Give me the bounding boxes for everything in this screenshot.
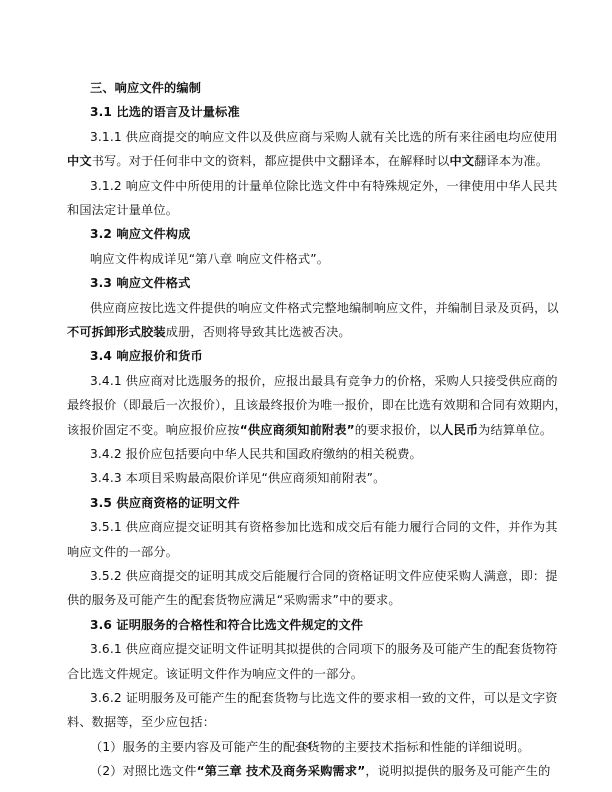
paragraph-3-3-line1: 供应商应按比选文件提供的响应文件格式完整地编制响应文件，并编制目录及页码，以: [90, 300, 545, 316]
bold-text: 不可拆卸形式胶装: [67, 325, 166, 339]
text: 该报价固定不变。响应报价应按: [67, 423, 240, 437]
subsection-title-3-6: 3.6 证明服务的合格性和符合比选文件规定的文件: [90, 617, 545, 633]
paragraph-3-4-1-line1: 3.4.1 供应商对比选服务的报价，应报出最具有竞争力的价格，采购人只接受供应商…: [90, 373, 545, 389]
paragraph-3-6-2-line2: 料、数据等，至少应包括：: [67, 714, 545, 730]
text: 的要求报价，以: [355, 423, 441, 437]
paragraph-3-5-2-line1: 3.5.2 供应商提交的证明其成交后能履行合同的资格证明文件应使采购人满意，即：…: [90, 568, 545, 584]
paragraph-3-5-1-line1: 3.5.1 供应商应提交证明其有资格参加比选和成交后有能力履行合同的文件，并作为…: [90, 519, 545, 535]
bold-text: 中文: [67, 154, 92, 168]
text: 成册，否则将导致其比选被否决。: [166, 325, 351, 339]
section-heading: 三、响应文件的编制: [90, 80, 545, 96]
paragraph-3-6-1-line1: 3.6.1 供应商应提交证明文件证明其拟提供的合同项下的服务及可能产生的配套货物…: [90, 641, 545, 657]
subsection-title-3-5: 3.5 供应商资格的证明文件: [90, 495, 545, 511]
paragraph-3-3-line2: 不可拆卸形式胶装成册，否则将导致其比选被否决。: [67, 324, 545, 340]
paragraph-3-1-2-line1: 3.1.2 响应文件中所使用的计量单位除比选文件中有特殊规定外，一律使用中华人民…: [90, 178, 545, 194]
page-number: - 14 -: [0, 741, 612, 752]
paragraph-3-1-2-line2: 和国法定计量单位。: [67, 202, 545, 218]
paragraph-3-6-1-line2: 合比选文件规定。该证明文件作为响应文件的一部分。: [67, 666, 545, 682]
subsection-title-3-1: 3.1 比选的语言及计量标准: [90, 104, 545, 120]
paragraph-3-6-2-line1: 3.6.2 证明服务及可能产生的配套货物与比选文件的要求相一致的文件，可以是文字…: [90, 690, 545, 706]
text: （2）对照比选文件: [90, 764, 197, 778]
paragraph-3-4-1-line3: 该报价固定不变。响应报价应按“供应商须知前附表”的要求报价，以人民币为结算单位。: [67, 422, 545, 438]
paragraph-3-4-3: 3.4.3 本项目采购最高限价详见“供应商须知前附表”。: [90, 470, 545, 486]
subsection-title-3-3: 3.3 响应文件格式: [90, 275, 545, 291]
text: 为结算单位。: [478, 423, 552, 437]
paragraph-3-5-2-line2: 供的服务及可能产生的配套货物应满足“采购需求”中的要求。: [67, 592, 545, 608]
bold-text: 中文: [449, 154, 474, 168]
text: 翻译本为准。: [474, 154, 548, 168]
bold-text: “第三章 技术及商务采购需求”: [197, 764, 366, 778]
bold-text: “供应商须知前附表”: [240, 423, 355, 437]
subsection-title-3-2: 3.2 响应文件构成: [90, 226, 545, 242]
paragraph-3-5-1-line2: 响应文件的一部分。: [67, 544, 545, 560]
paragraph-3-2: 响应文件构成详见“第八章 响应文件格式”。: [90, 251, 545, 267]
text: ，说明拟提供的服务及可能产生的: [365, 764, 550, 778]
text: 书写。对于任何非中文的资料，都应提供中文翻译本，在解释时以: [92, 154, 450, 168]
paragraph-3-1-1-line1: 3.1.1 供应商提交的响应文件以及供应商与采购人就有关比选的所有来往函电均应使…: [90, 129, 545, 145]
paragraph-3-4-2: 3.4.2 报价应包括要向中华人民共和国政府缴纳的相关税费。: [90, 446, 545, 462]
list-item-2: （2）对照比选文件“第三章 技术及商务采购需求”，说明拟提供的服务及可能产生的: [90, 763, 545, 779]
subsection-title-3-4: 3.4 响应报价和货币: [90, 348, 545, 364]
document-page: 三、响应文件的编制 3.1 比选的语言及计量标准 3.1.1 供应商提交的响应文…: [0, 0, 612, 792]
paragraph-3-4-1-line2: 最终报价（即最后一次报价），且该最终报价为唯一报价，即在比选有效期和合同有效期内…: [67, 397, 545, 413]
bold-text: 人民币: [441, 423, 478, 437]
paragraph-3-1-1-line2: 中文书写。对于任何非中文的资料，都应提供中文翻译本，在解释时以中文翻译本为准。: [67, 153, 545, 169]
